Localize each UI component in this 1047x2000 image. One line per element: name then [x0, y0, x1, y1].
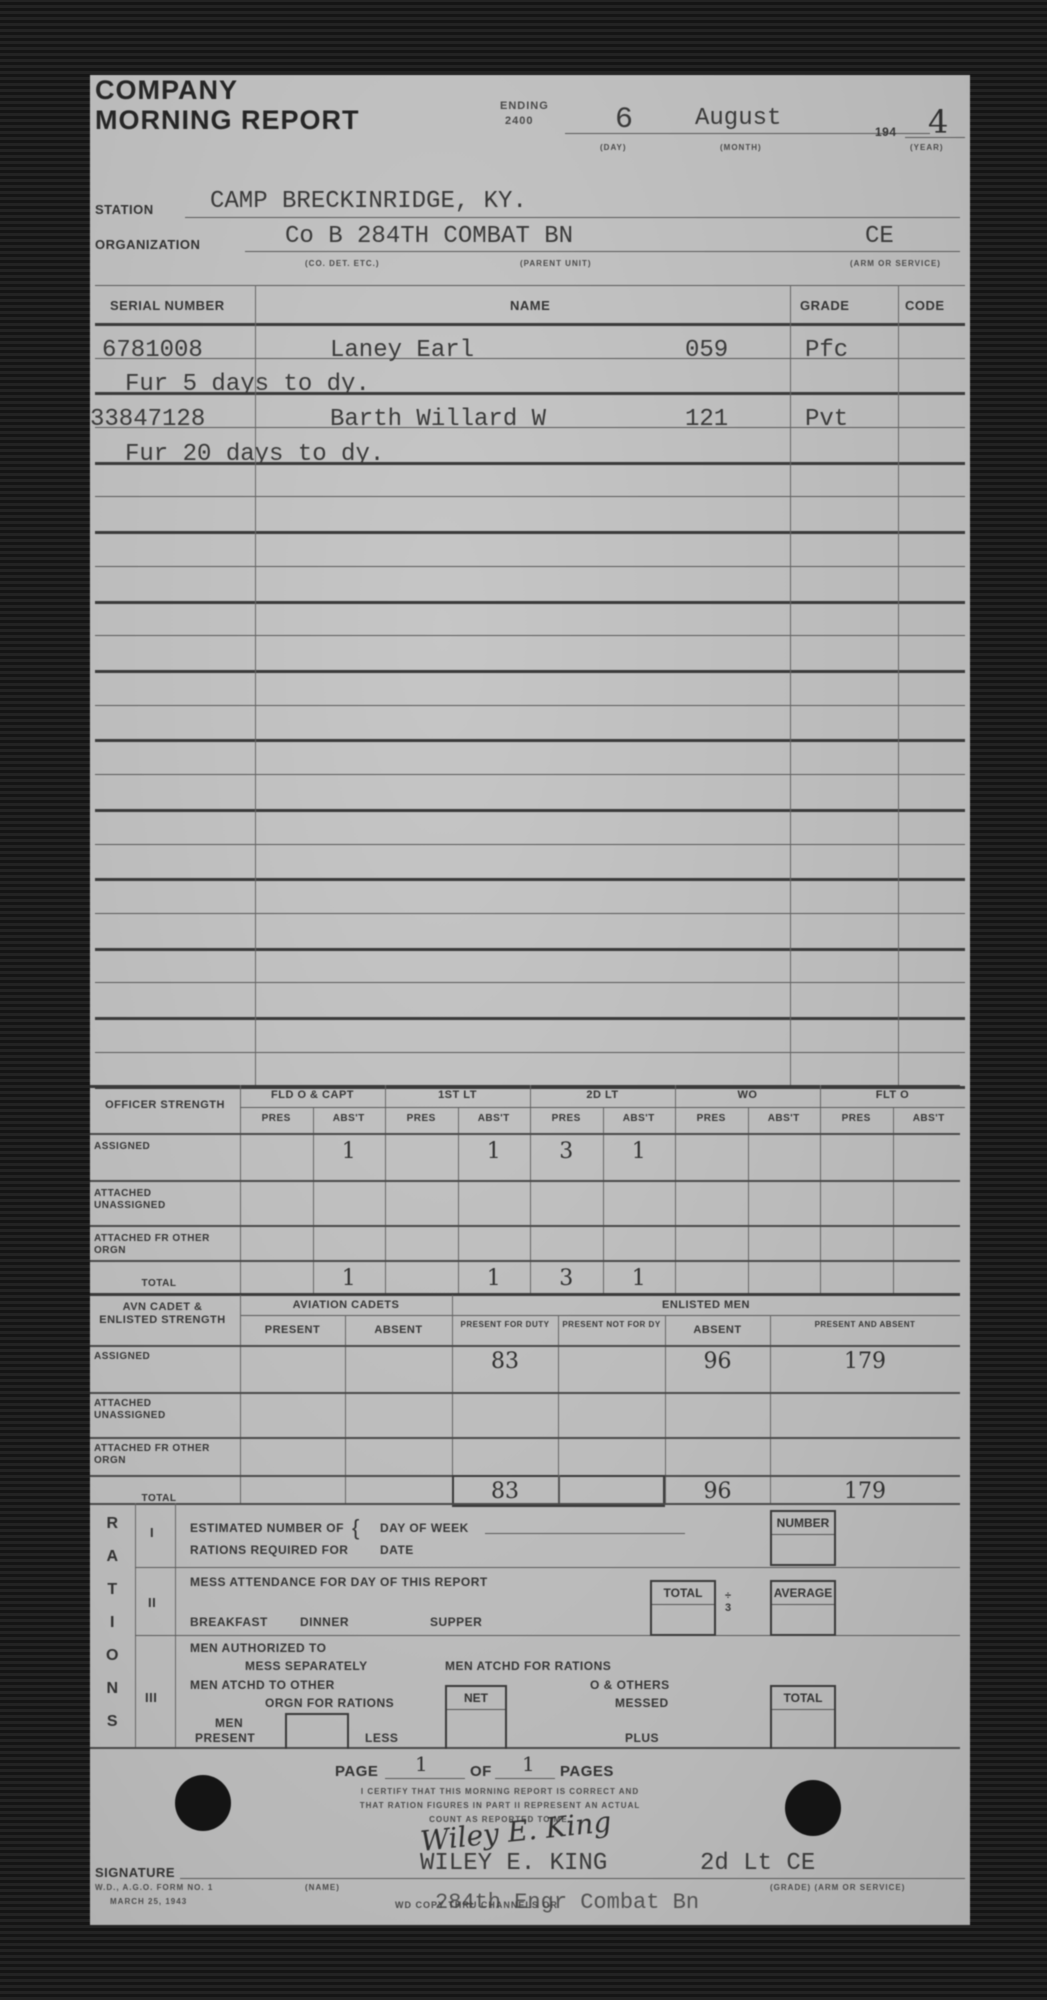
aviation-cadets-header: AVIATION CADETS [240, 1299, 452, 1311]
rations-side-letter: S [100, 1713, 125, 1731]
present-label: PRESENT [195, 1731, 255, 1745]
year-prefix: 194 [875, 125, 897, 139]
officer-row-label: ATTACHED FR OTHER ORGN [94, 1233, 224, 1257]
officer-count: 1 [458, 1266, 531, 1291]
unit-stamp: 284th Engr Combat Bn [435, 1890, 699, 1915]
enlisted-subheader: PRESENT [240, 1325, 345, 1336]
officer-group-header: FLT O [820, 1089, 965, 1101]
others-label: O & OTHERS [590, 1678, 670, 1692]
net-box: NET [445, 1685, 507, 1749]
form-number: W.D., A.G.O. FORM NO. 1 [95, 1883, 213, 1892]
soldier-name: Barth Willard W [330, 406, 546, 433]
spec-number: 121 [685, 406, 728, 433]
section-ii-numeral: II [148, 1595, 156, 1610]
officer-subheader: PRES [820, 1113, 893, 1124]
officer-strength-title: OFFICER STRENGTH [100, 1099, 230, 1111]
officer-row-label: TOTAL [94, 1278, 224, 1290]
spec-number: 059 [685, 337, 728, 364]
enlisted-subheader: ABSENT [345, 1325, 452, 1336]
organization-value: Co B 284TH COMBAT BN [285, 223, 573, 250]
col-header-name: NAME [510, 298, 550, 313]
org-caption-parent: (PARENT UNIT) [520, 259, 592, 268]
officer-count: 3 [530, 1139, 603, 1164]
supper-label: SUPPER [430, 1615, 482, 1629]
morning-report-form: COMPANY MORNING REPORT ENDING 2400 6 Aug… [90, 75, 970, 1925]
grade: Pvt [805, 406, 848, 433]
rations-side-letter: N [100, 1680, 125, 1698]
rations-side-letter: T [100, 1581, 125, 1599]
station-label: STATION [95, 202, 154, 217]
enlisted-subheader: PRESENT FOR DUTY [452, 1319, 558, 1330]
rations-side-letter: R [100, 1515, 125, 1533]
date-label: DATE [380, 1543, 414, 1557]
enlisted-subheader: PRESENT AND ABSENT [770, 1319, 960, 1330]
grade-caption: (GRADE) (ARM OR SERVICE) [770, 1883, 905, 1892]
officer-count: 1 [313, 1139, 386, 1164]
enlisted-count: 96 [665, 1349, 770, 1374]
punch-hole-left [175, 1775, 231, 1831]
page-total: 1 [522, 1752, 535, 1776]
officer-strength-table: OFFICER STRENGTHFLD O & CAPTPRESABS'T1ST… [90, 1085, 970, 1295]
month-caption: (MONTH) [720, 143, 762, 152]
enlisted-row-label: ATTACHED FR OTHER ORGN [94, 1443, 224, 1467]
of-label: OF [470, 1763, 492, 1780]
col-header-code: CODE [905, 298, 945, 313]
breakfast-label: BREAKFAST [190, 1615, 268, 1629]
rations-estimate-label: ESTIMATED NUMBER OF [190, 1521, 344, 1535]
year-caption: (YEAR) [910, 143, 944, 152]
less-label: LESS [365, 1731, 398, 1745]
enlisted-count: 83 [452, 1349, 558, 1374]
officer-subheader: ABS'T [893, 1113, 966, 1124]
station-value: CAMP BRECKINRIDGE, KY. [210, 188, 527, 215]
grade: Pfc [805, 337, 848, 364]
year-digit: 4 [928, 103, 948, 141]
enlisted-count: 179 [770, 1479, 960, 1504]
rations-side-letter: O [100, 1647, 125, 1665]
officer-subheader: ABS'T [748, 1113, 821, 1124]
dinner-label: DINNER [300, 1615, 349, 1629]
average-box: AVERAGE [770, 1580, 836, 1636]
rations-required-label: RATIONS REQUIRED FOR [190, 1543, 348, 1557]
rations-side-letter: I [100, 1614, 125, 1632]
mess-separately-label: MESS SEPARATELY [245, 1659, 368, 1673]
punch-hole-right [785, 1780, 841, 1836]
officer-group-header: FLD O & CAPT [240, 1089, 385, 1101]
certify-line-1: I CERTIFY THAT THIS MORNING REPORT IS CO… [290, 1787, 710, 1796]
atchd-other-label: MEN ATCHD TO OTHER [190, 1678, 335, 1692]
org-caption-co: (CO. DET. ETC.) [305, 259, 380, 268]
section-iii-numeral: III [145, 1690, 157, 1705]
signer-name: WILEY E. KING [420, 1850, 607, 1877]
officer-subheader: ABS'T [313, 1113, 386, 1124]
certify-line-2: THAT RATION FIGURES IN PART II REPRESENT… [290, 1801, 710, 1810]
signer-grade: 2d Lt CE [700, 1850, 815, 1877]
authorized-label: MEN AUTHORIZED TO [190, 1641, 327, 1655]
ending-time-label: 2400 [505, 115, 533, 127]
mess-total-box: TOTAL [650, 1580, 716, 1636]
messed-label: MESSED [615, 1696, 669, 1710]
orgn-for-rations-label: ORGN FOR RATIONS [265, 1696, 394, 1710]
enlisted-strength-title: AVN CADET & ENLISTED STRENGTH [95, 1301, 230, 1327]
org-caption-service: (ARM OR SERVICE) [850, 259, 941, 268]
day-of-week-label: DAY OF WEEK [380, 1521, 469, 1535]
report-day: 6 [615, 103, 633, 137]
soldier-name: Laney Earl [330, 337, 474, 364]
enlisted-strength-table: AVN CADET & ENLISTED STRENGTHAVIATION CA… [90, 1295, 970, 1505]
rations-side-letter: A [100, 1548, 125, 1566]
rations-total-box: TOTAL [770, 1685, 836, 1749]
enlisted-subheader: PRESENT NOT FOR DY [558, 1319, 665, 1330]
officer-group-header: WO [675, 1089, 820, 1101]
officer-subheader: ABS'T [458, 1113, 531, 1124]
officer-count: 1 [458, 1139, 531, 1164]
officer-subheader: PRES [530, 1113, 603, 1124]
pages-label: PAGES [560, 1763, 614, 1780]
name-caption: (NAME) [305, 1883, 340, 1892]
remark: Fur 5 days to dy. [125, 371, 370, 398]
officer-count: 3 [530, 1266, 603, 1291]
officer-count: 1 [603, 1266, 676, 1291]
officer-subheader: ABS'T [603, 1113, 676, 1124]
officer-subheader: PRES [240, 1113, 313, 1124]
number-box: NUMBER [770, 1510, 836, 1566]
section-i-numeral: I [150, 1525, 154, 1540]
plus-label: PLUS [625, 1731, 659, 1745]
enlisted-row-label: ATTACHED UNASSIGNED [94, 1398, 224, 1422]
enlisted-men-header: ENLISTED MEN [452, 1299, 960, 1311]
form-title-company: COMPANY [95, 75, 238, 106]
enlisted-subheader: ABSENT [665, 1325, 770, 1336]
ending-label: ENDING [500, 100, 549, 112]
remark: Fur 20 days to dy. [125, 441, 384, 468]
day-caption: (DAY) [600, 143, 626, 152]
enlisted-count: 179 [770, 1349, 960, 1374]
col-header-serial: SERIAL NUMBER [110, 298, 225, 313]
signature-label: SIGNATURE [95, 1865, 175, 1880]
page-label: PAGE [335, 1763, 378, 1780]
officer-count: 1 [603, 1139, 676, 1164]
officer-row-label: ASSIGNED [94, 1141, 224, 1153]
officer-subheader: PRES [675, 1113, 748, 1124]
report-month: August [695, 105, 781, 132]
enlisted-count: 96 [665, 1479, 770, 1504]
atchd-for-rations-label: MEN ATCHD FOR RATIONS [445, 1659, 611, 1673]
page-number: 1 [415, 1752, 428, 1776]
officer-subheader: PRES [385, 1113, 458, 1124]
form-date: MARCH 25, 1943 [110, 1897, 187, 1906]
enlisted-row-label: ASSIGNED [94, 1351, 224, 1363]
col-header-grade: GRADE [800, 298, 849, 313]
organization-service: CE [865, 223, 894, 250]
officer-count: 1 [313, 1266, 386, 1291]
men-present-label: MEN [215, 1716, 243, 1730]
men-present-box [285, 1713, 349, 1749]
officer-row-label: ATTACHED UNASSIGNED [94, 1188, 224, 1212]
brace: { [352, 1515, 360, 1541]
officer-group-header: 1ST LT [385, 1089, 530, 1101]
divide-by-three: ÷ 3 [725, 1590, 737, 1614]
officer-group-header: 2D LT [530, 1089, 675, 1101]
serial-number: 6781008 [102, 337, 203, 364]
mess-attendance-label: MESS ATTENDANCE FOR DAY OF THIS REPORT [190, 1575, 488, 1589]
form-title-morning-report: MORNING REPORT [95, 105, 360, 136]
organization-label: ORGANIZATION [95, 237, 200, 252]
serial-number: 33847128 [90, 406, 205, 433]
